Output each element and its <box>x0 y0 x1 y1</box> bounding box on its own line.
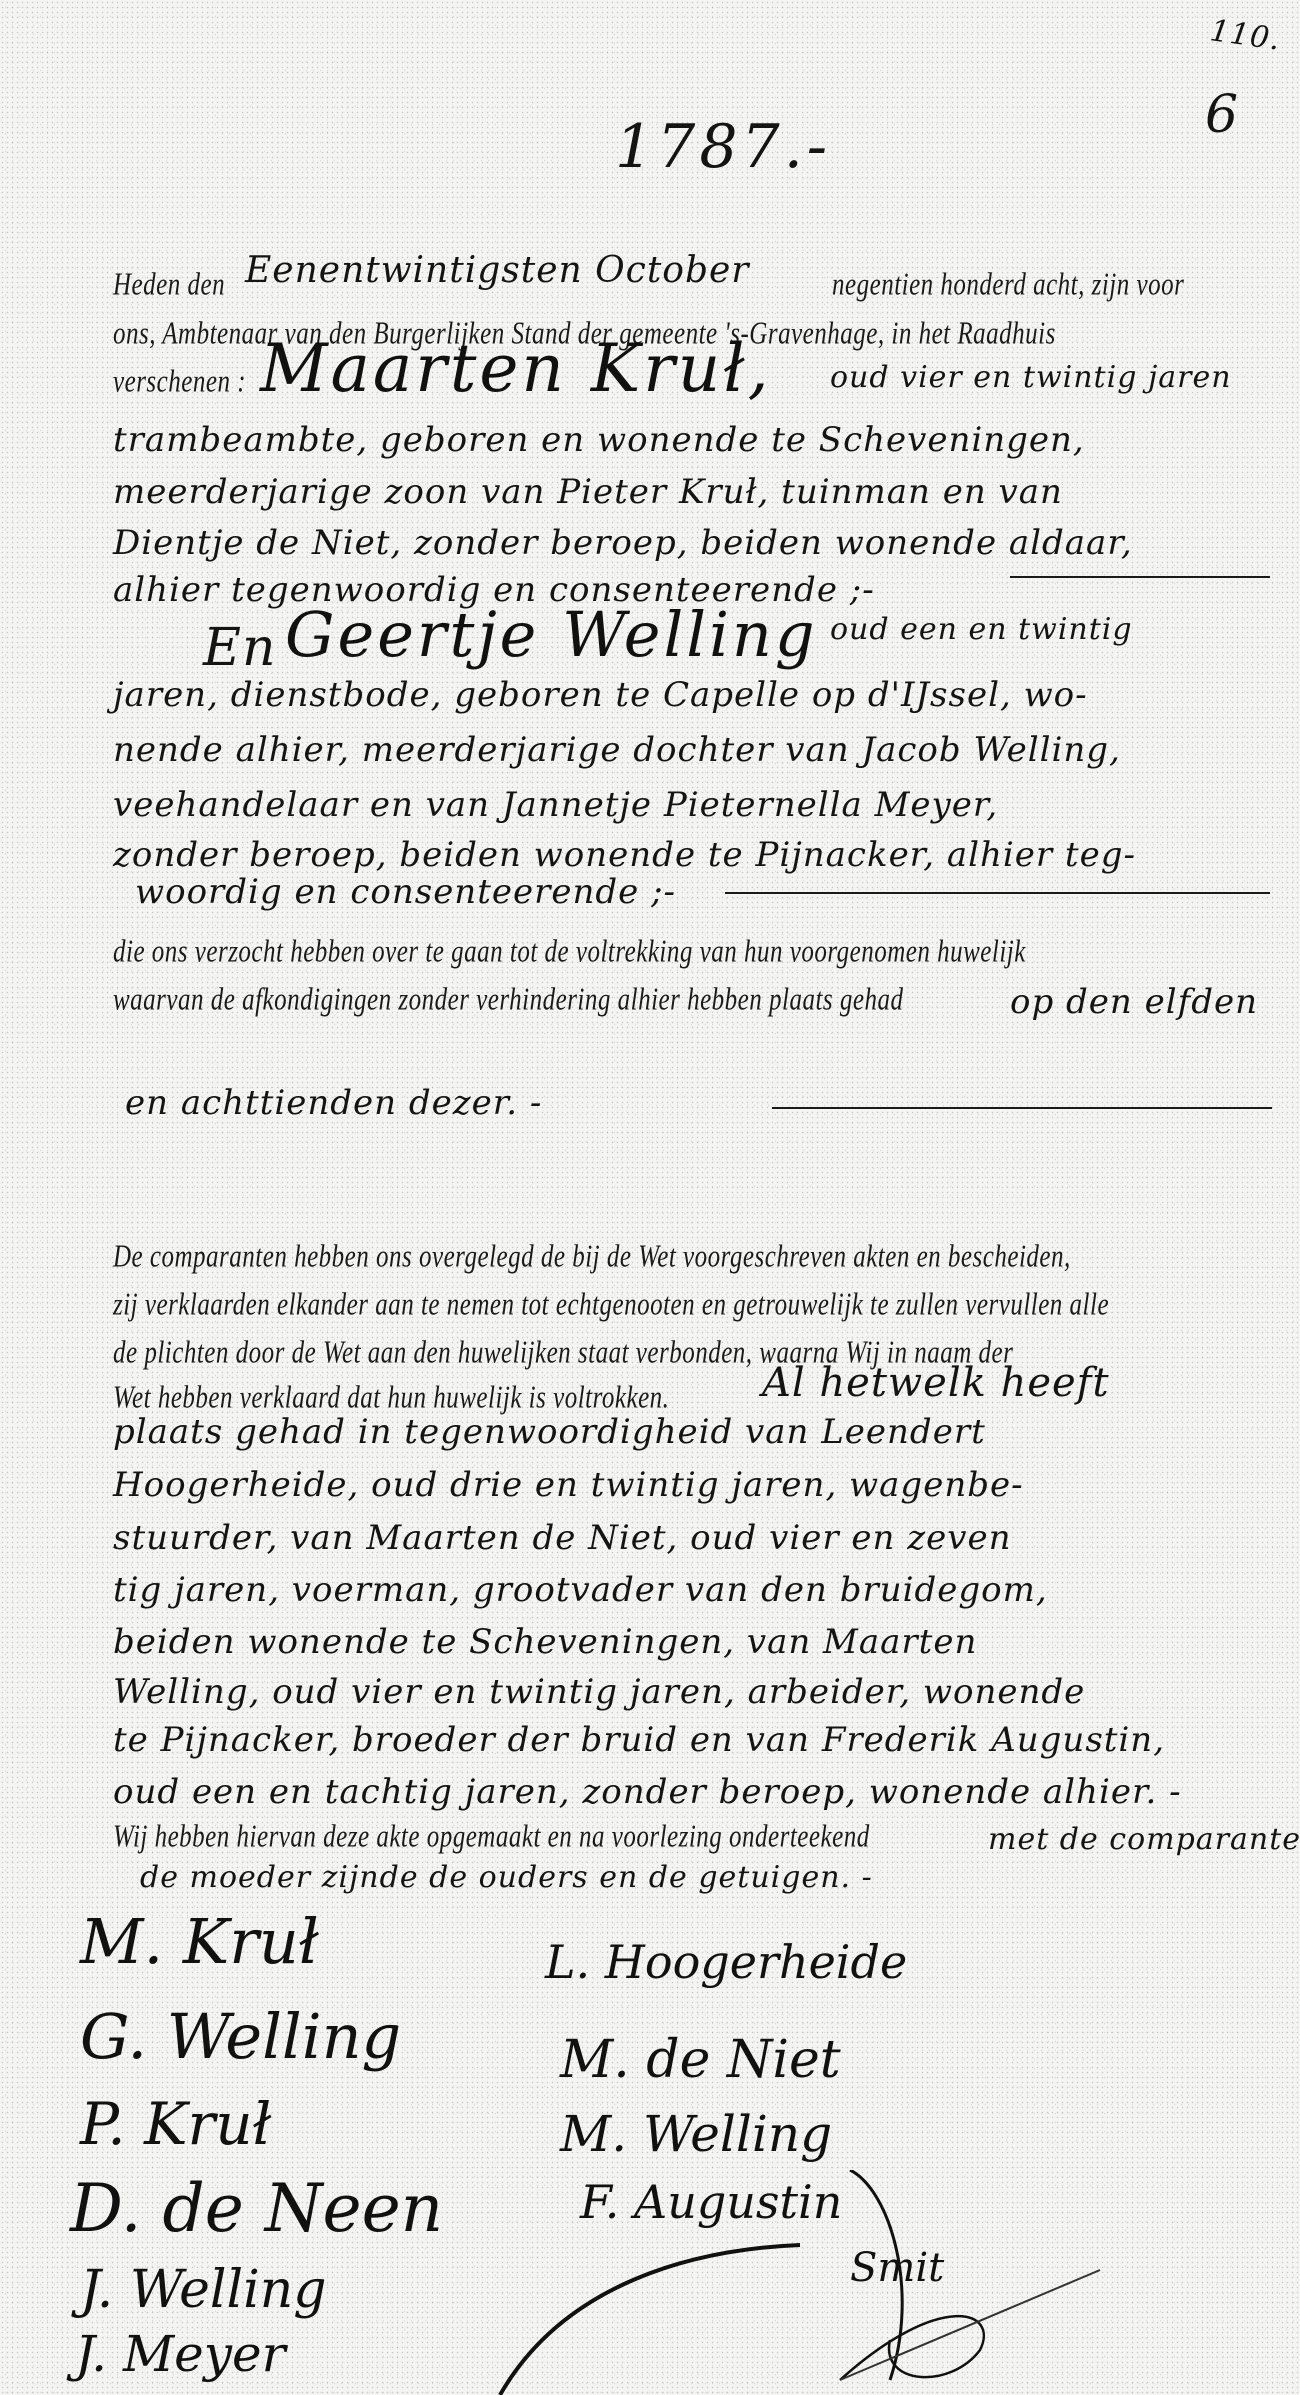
printed-opgemaakt-line: Wij hebben hiervan deze akte opgemaakt e… <box>113 1820 870 1855</box>
bride-line-5: woordig en consenteerende ;- <box>135 872 676 912</box>
bride-line-2: nende alhier, meerderjarige dochter van … <box>113 730 1121 770</box>
announcement-date-1: op den elfden <box>1010 982 1258 1022</box>
fill-line <box>1010 576 1270 578</box>
witness-line-7: te Pijnacker, broeder der bruid en van F… <box>113 1720 1165 1760</box>
closing-cont: met de comparanten, <box>988 1822 1300 1857</box>
witnesses-intro: Al hetwelk heeft <box>762 1360 1110 1406</box>
witness-line-2: Hoogerheide, oud drie en twintig jaren, … <box>113 1465 1024 1505</box>
groom-age: oud vier en twintig jaren <box>830 360 1232 395</box>
printed-afkondigingen-line: waarvan de afkondigingen zonder verhinde… <box>113 983 904 1018</box>
witness-line-5: beiden wonende te Scheveningen, van Maar… <box>113 1622 977 1662</box>
bride-name: Geertje Welling <box>285 598 818 671</box>
groom-line-3: Dientje de Niet, zonder beroep, beiden w… <box>113 523 1133 563</box>
official-signature-flourish <box>420 2170 1140 2395</box>
signature-bride: G. Welling <box>80 2000 401 2073</box>
signature-groom: M. Kruł <box>80 1905 319 1978</box>
signature-bride-mother: J. Meyer <box>75 2325 285 2383</box>
fill-line <box>725 892 1270 894</box>
bride-age: oud een en twintig <box>830 612 1133 647</box>
corner-mark: 6 <box>1205 85 1239 145</box>
printed-heden-den: Heden den <box>113 268 225 303</box>
witness-line-4: tig jaren, voerman, grootvader van den b… <box>113 1570 1048 1610</box>
signature-groom-mother: D. de Neen <box>70 2170 443 2247</box>
witness-line-1: plaats gehad in tegenwoordigheid van Lee… <box>113 1412 986 1452</box>
handwritten-date: Eenentwintigsten October <box>245 250 750 291</box>
record-number: 1787.- <box>615 112 831 182</box>
bride-line-1: jaren, dienstbode, geboren te Capelle op… <box>113 675 1088 715</box>
announcement-date-2: en achttienden dezer. - <box>125 1083 542 1123</box>
printed-year-text: negentien honderd acht, zijn voor <box>832 268 1184 303</box>
signature-groom-father: P. Kruł <box>80 2090 271 2158</box>
signature-witness-3: M. Welling <box>560 2105 832 2163</box>
witness-line-3: stuurder, van Maarten de Niet, oud vier … <box>113 1518 1011 1558</box>
groom-name: Maarten Kruł, <box>260 330 772 407</box>
witness-line-6: Welling, oud vier en twintig jaren, arbe… <box>113 1672 1085 1712</box>
closing-line-2: de moeder zijnde de ouders en de getuige… <box>140 1860 873 1895</box>
signature-witness-2: M. de Niet <box>560 2030 841 2090</box>
printed-comparanten-line: De comparanten hebben ons overgelegd de … <box>113 1240 1071 1275</box>
printed-voltrokken-line: Wet hebben verklaard dat hun huwelijk is… <box>113 1381 669 1416</box>
printed-verzocht-line: die ons verzocht hebben over te gaan tot… <box>113 935 1026 970</box>
printed-verklaarden-line: zij verklaarden elkander aan te nemen to… <box>113 1288 1109 1323</box>
bride-prefix: En <box>203 618 276 678</box>
groom-line-1: trambeambte, geboren en wonende te Schev… <box>113 420 1085 460</box>
witness-line-8: oud een en tachtig jaren, zonder beroep,… <box>113 1772 1182 1812</box>
fill-line <box>772 1107 1272 1109</box>
printed-verschenen: verschenen : <box>113 365 246 400</box>
groom-line-2: meerderjarige zoon van Pieter Kruł, tuin… <box>113 472 1063 512</box>
signature-witness-1: L. Hoogerheide <box>545 1935 907 1989</box>
folio-number: 110. <box>1208 13 1283 58</box>
bride-line-3: veehandelaar en van Jannetje Pieternella… <box>113 785 998 825</box>
signature-bride-father: J. Welling <box>80 2260 327 2320</box>
bride-line-4: zonder beroep, beiden wonende te Pijnack… <box>113 835 1136 875</box>
